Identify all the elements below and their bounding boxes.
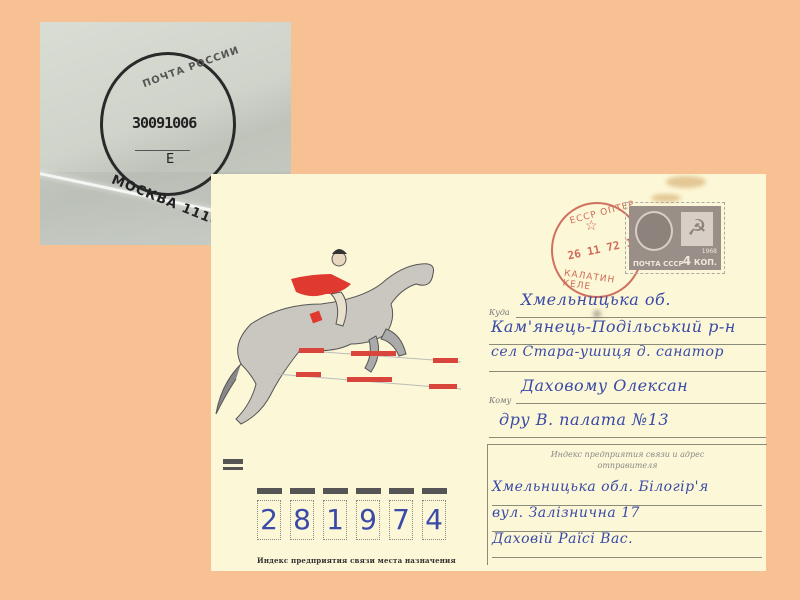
zip-bar [389,488,414,494]
postal-code-caption: Индекс предприятия связи места назначени… [257,556,456,565]
whom-label: Кому [489,396,511,405]
envelope: ЕССР ОПТЕР ☆ 26 11 72 18 КАЛАТИН КЕЛЕ ☭ … [211,174,766,571]
stain [666,176,706,188]
horse-jumping-illustration [211,244,471,444]
sender-line-3: Даховій Раїсі Вас. [492,531,633,547]
stamp-value-number: 4 [683,254,691,268]
postmark-divider [135,150,190,151]
stain [651,194,681,202]
postal-code-digit: 7 [389,500,413,540]
zip-bar [422,488,447,494]
postal-code-digit: 1 [323,500,347,540]
zip-bar [323,488,348,494]
postal-code-digit: 2 [257,500,281,540]
sender-caption-line-2: отправителя [598,461,658,470]
postmark-date: 30091006 [132,114,196,132]
hammer-sickle-icon: ☭ [681,212,713,246]
ussr-emblem-icon [635,211,673,251]
address-line-1: Хмельницька об. [521,290,671,309]
zip-bar [257,488,282,494]
address-line-4: Даховому Олексан [521,376,688,395]
sender-line-2: вул. Залізнична 17 [492,505,640,521]
postal-code-digit: 4 [422,500,446,540]
sender-line-1: Хмельницька обл. Білогір'я [492,479,709,495]
address-line-3: сел Стара-ушиця д. санатор [491,344,724,360]
zip-guide-mark [223,467,243,470]
stamp-caption: ПОЧТА СССР [633,260,684,268]
postmark-letter: Е [166,152,174,167]
sender-caption-line-1: Индекс предприятия связи и адрес [551,450,705,459]
address-line-2: Кам'янець-Подільський р-н [491,317,736,336]
sender-box: Индекс предприятия связи и адрес отправи… [487,444,767,565]
zip-bar [290,488,315,494]
stamp-value: 4 КОП. [683,254,717,268]
postage-stamp: ☭ 1968 ПОЧТА СССР 4 КОП. [625,202,725,274]
address-line-5: дру В. палата №13 [499,410,669,429]
postal-code-digit: 8 [290,500,314,540]
zip-bar [356,488,381,494]
sender-caption: Индекс предприятия связи и адрес отправи… [488,449,767,471]
star-icon: ☆ [585,218,598,234]
zip-guide-mark [223,459,243,464]
postal-code-digit: 9 [356,500,380,540]
stamp-value-unit: КОП. [694,258,717,267]
to-label: Куда [489,308,510,317]
